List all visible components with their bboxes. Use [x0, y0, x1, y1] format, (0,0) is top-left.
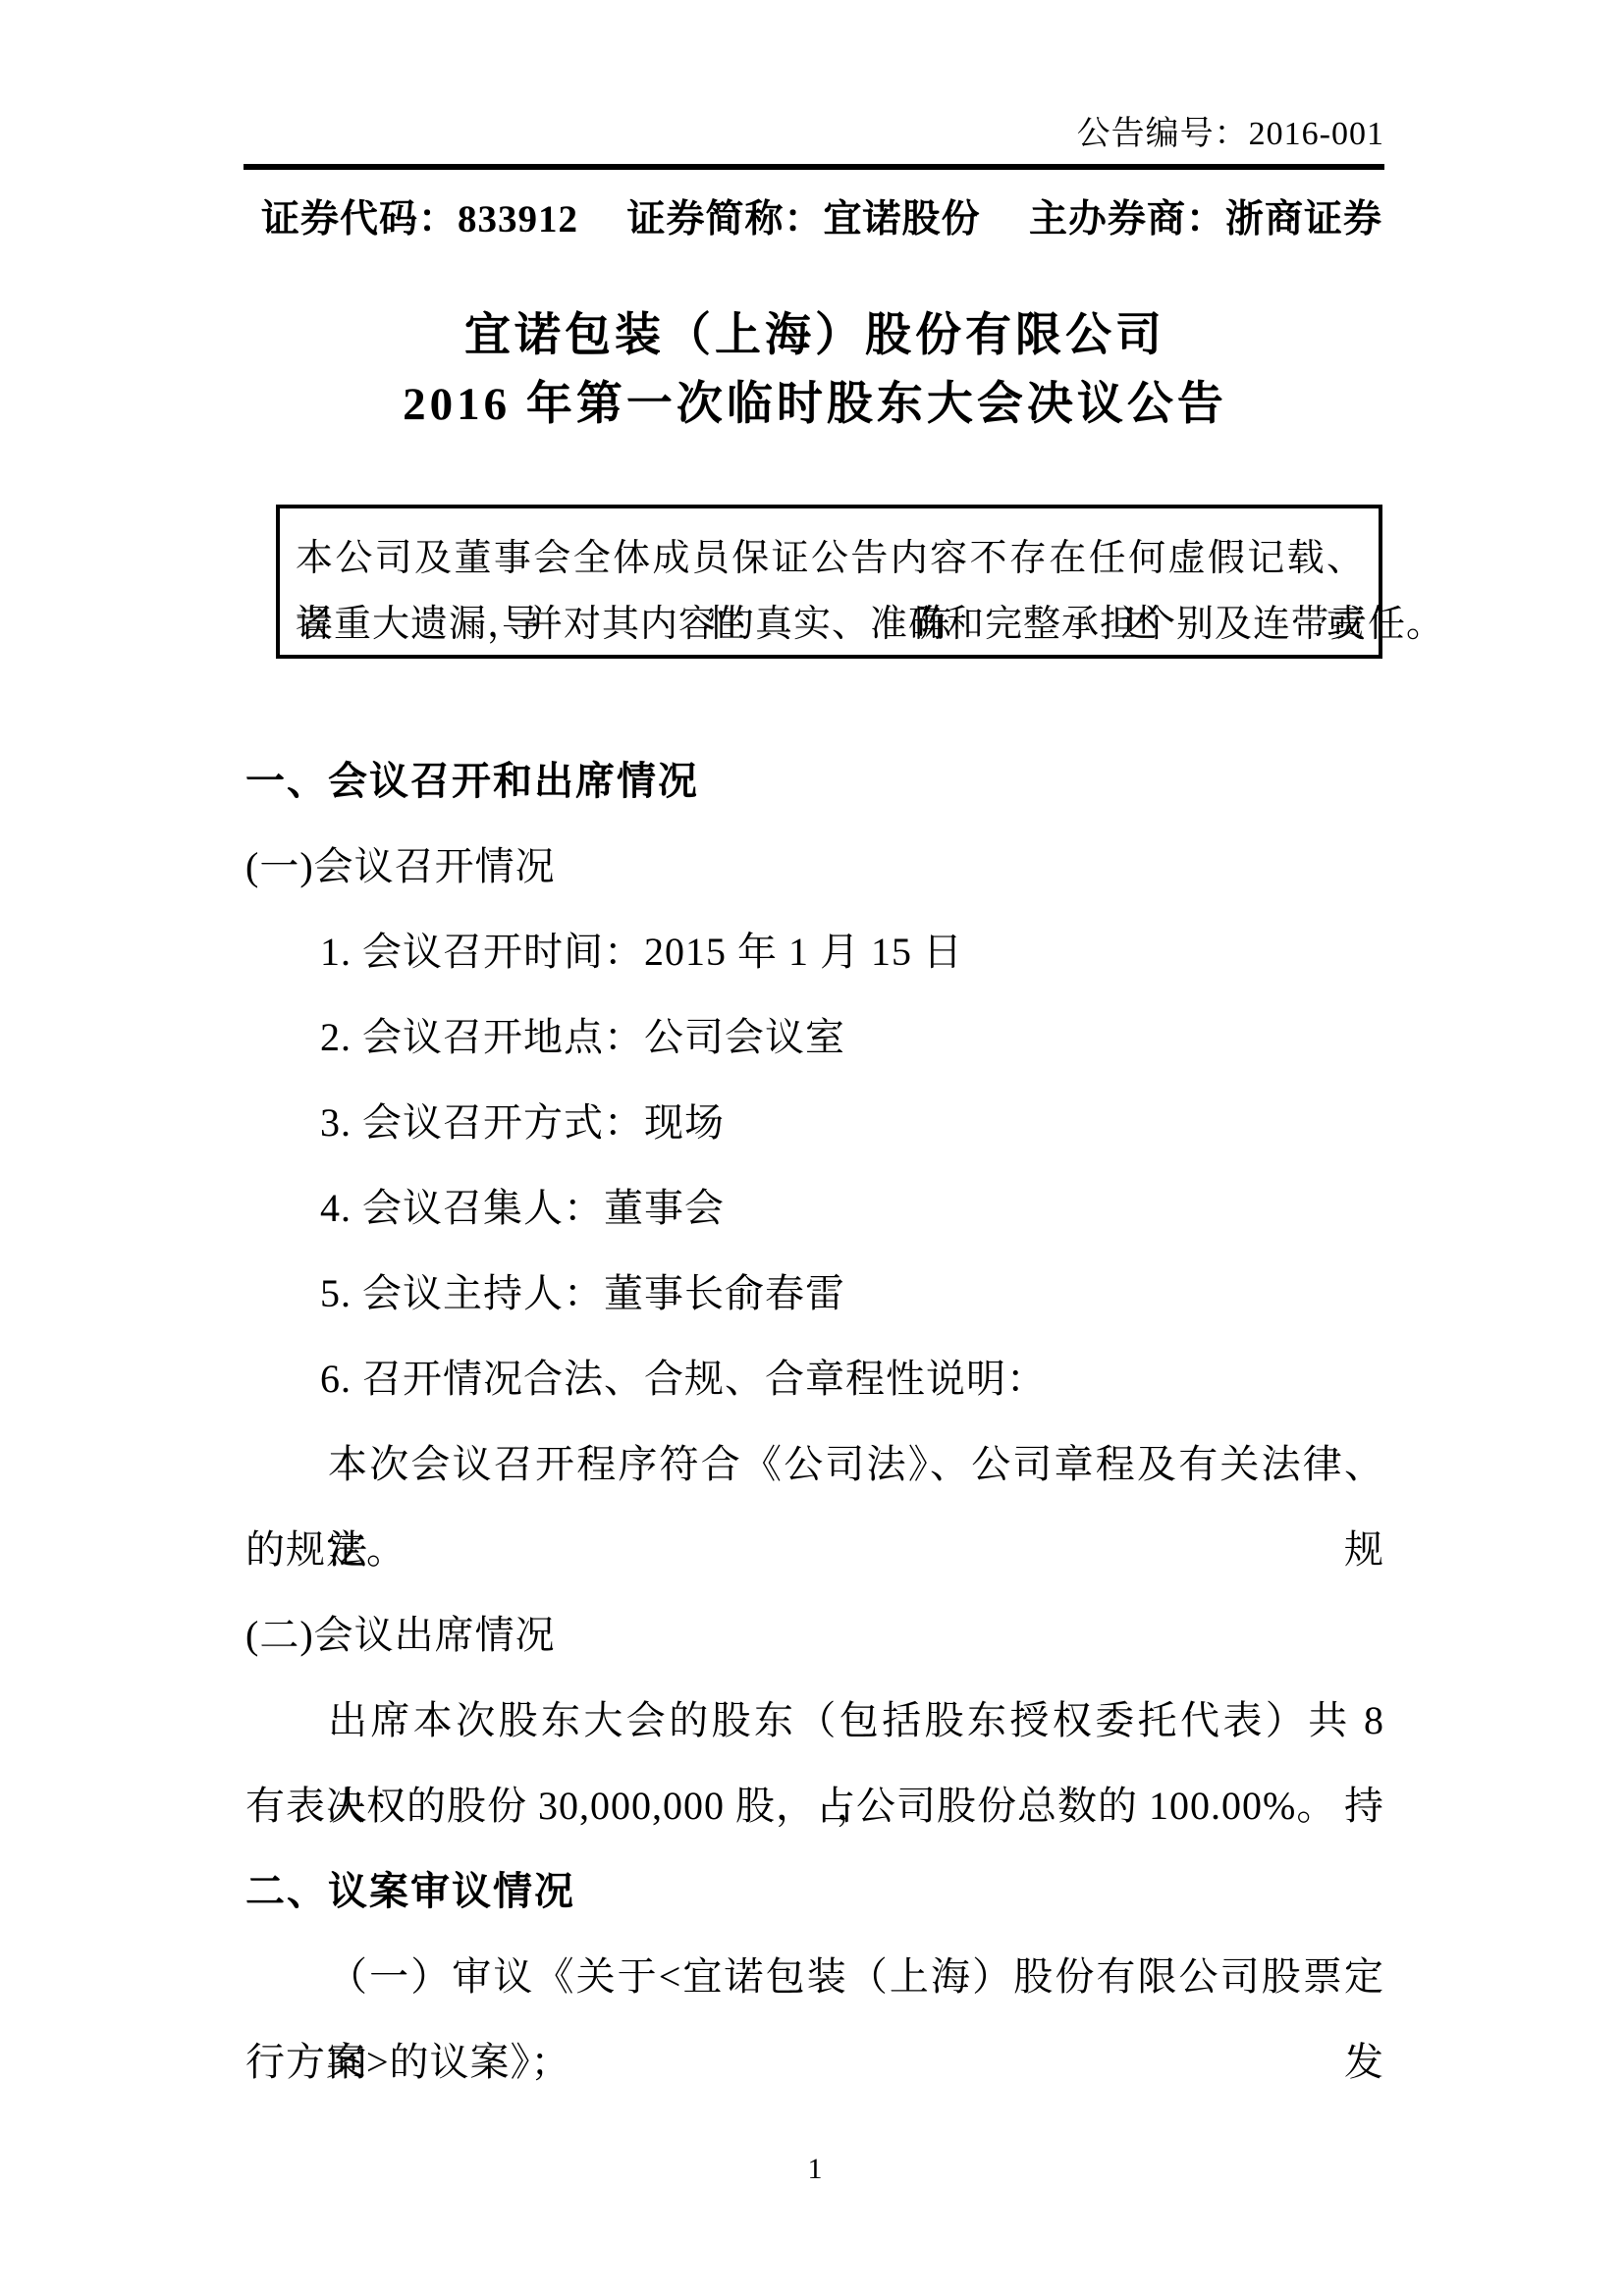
- securities-code: 证券代码：833912: [261, 192, 578, 247]
- section1-heading: 一、会议召开和出席情况: [245, 738, 1384, 824]
- meeting-place-item: 2. 会议召开地点：公司会议室: [245, 994, 1384, 1080]
- attendance-paragraph-line2: 有表决权的股份 30,000,000 股，占公司股份总数的 100.00%。: [245, 1763, 1384, 1848]
- disclaimer-line2: 者重大遗漏，并对其内容的真实、准确和完整承担个别及连带责任。: [296, 592, 1365, 658]
- meeting-convener-item: 4. 会议召集人：董事会: [245, 1165, 1384, 1251]
- attendance-paragraph-line1: 出席本次股东大会的股东（包括股东授权委托代表）共 8 人，持: [245, 1678, 1384, 1763]
- document-title-line1: 宜诺包装（上海）股份有限公司: [245, 304, 1384, 367]
- document-body: 一、会议召开和出席情况 (一)会议召开情况 1. 会议召开时间：2015 年 1…: [245, 738, 1384, 2105]
- meeting-time-item: 1. 会议召开时间：2015 年 1 月 15 日: [245, 909, 1384, 994]
- header-rule: [244, 164, 1384, 170]
- sponsor-broker: 主办券商：浙商证券: [1029, 192, 1382, 247]
- legal-paragraph-line1: 本次会议召开程序符合《公司法》、公司章程及有关法律、法规: [245, 1421, 1384, 1507]
- page-number: 1: [245, 2150, 1384, 2189]
- securities-short-name: 证券简称：宜诺股份: [626, 192, 980, 247]
- subsection2-heading: (二)会议出席情况: [245, 1592, 1384, 1678]
- meeting-chair-item: 5. 会议主持人：董事长俞春雷: [245, 1251, 1384, 1336]
- document-title-line2: 2016 年第一次临时股东大会决议公告: [245, 373, 1384, 436]
- announcement-number: 公告编号：2016-001: [245, 112, 1384, 157]
- meeting-method-item: 3. 会议召开方式：现场: [245, 1080, 1384, 1165]
- document-page: 公告编号：2016-001 证券代码：833912 证券简称：宜诺股份 主办券商…: [0, 0, 1624, 2296]
- disclaimer-line1: 本公司及董事会全体成员保证公告内容不存在任何虚假记载、误导性陈述或: [296, 526, 1365, 592]
- subsection1-heading: (一)会议召开情况: [245, 824, 1384, 909]
- legality-statement-item: 6. 召开情况合法、合规、合章程性说明：: [245, 1336, 1384, 1421]
- section2-heading: 二、议案审议情况: [245, 1848, 1384, 1934]
- proposal-paragraph-line1: （一）审议《关于<宜诺包装（上海）股份有限公司股票定向发: [245, 1934, 1384, 2019]
- securities-info-bar: 证券代码：833912 证券简称：宜诺股份 主办券商：浙商证券: [245, 192, 1384, 247]
- disclaimer-box: 本公司及董事会全体成员保证公告内容不存在任何虚假记载、误导性陈述或 者重大遗漏，…: [276, 505, 1382, 659]
